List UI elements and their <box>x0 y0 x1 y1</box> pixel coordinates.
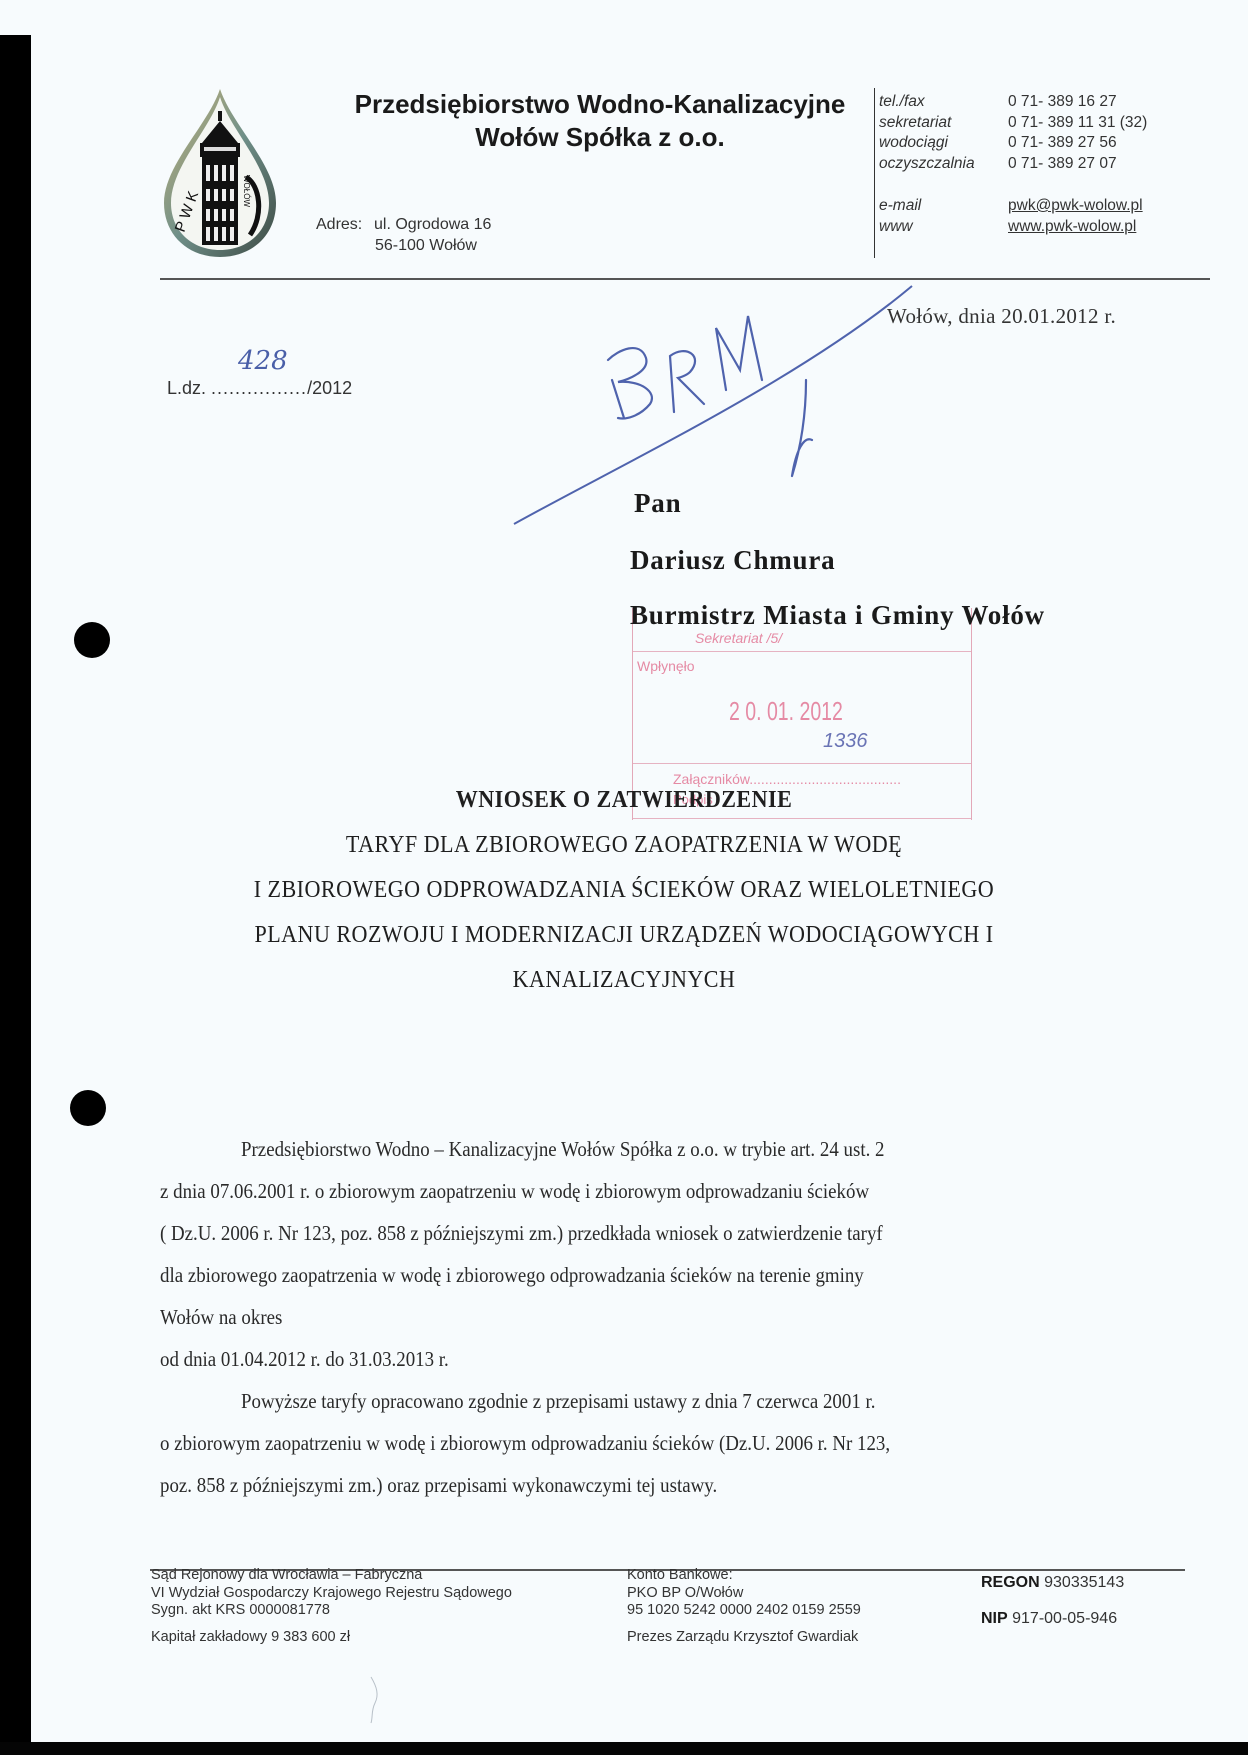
stamp-received-label: Wpłynęło <box>637 658 695 674</box>
court-division: VI Wydział Gospodarczy Krajowego Rejestr… <box>151 1585 512 1603</box>
footer-court: Sąd Rejonowy dla Wrocławia – Fabryczna V… <box>151 1567 512 1646</box>
addressee-name: Dariusz Chmura <box>630 545 835 576</box>
ldz-dots: ................ <box>211 378 307 398</box>
document-title-line3: I ZBIOROWEGO ODPROWADZANIA ŚCIEKÓW ORAZ … <box>50 877 1198 904</box>
contact-value-sekretariat: 0 71- 389 11 31 (32) <box>1008 113 1147 134</box>
document-title-line1: WNIOSEK O ZATWIERDZENIE <box>50 787 1198 814</box>
contact-value-telfax: 0 71- 389 16 27 <box>1008 92 1147 113</box>
address-label: Adres: <box>316 214 362 235</box>
share-capital: Kapitał zakładowy 9 383 600 zł <box>151 1629 512 1647</box>
address-city: 56-100 Wołów <box>375 235 477 256</box>
scan-edge-bottom <box>0 1742 1248 1755</box>
handwritten-annotation-icon <box>500 280 920 540</box>
pencil-mark-icon <box>365 1675 385 1725</box>
footer-bank: Konto Bankowe: PKO BP O/Wołów 95 1020 52… <box>627 1567 861 1646</box>
company-name-line1: Przedsiębiorstwo Wodno-Kanalizacyjne <box>320 88 880 120</box>
document-title-line5: KANALIZACYJNYCH <box>50 967 1198 994</box>
regon-label: REGON <box>981 1574 1040 1591</box>
contact-labels: tel./fax sekretariat wodociągi oczyszcza… <box>879 92 975 174</box>
stamp-handwritten-number: 1336 <box>823 730 868 753</box>
contact-label-oczyszczalnia: oczyszczalnia <box>879 154 975 175</box>
footer-nip: NIP 917-00-05-946 <box>981 1610 1117 1628</box>
email-link[interactable]: pwk@pwk-wolow.pl <box>1008 196 1143 217</box>
body-line: Powyższe taryfy opracowano zgodnie z prz… <box>160 1380 1042 1422</box>
krs-number: Sygn. akt KRS 0000081778 <box>151 1602 512 1620</box>
court-name: Sąd Rejonowy dla Wrocławia – Fabryczna <box>151 1567 512 1585</box>
body-line: poz. 858 z późniejszymi zm.) oraz przepi… <box>160 1464 1042 1506</box>
nip-label: NIP <box>981 1610 1008 1627</box>
contact-label-wodociagi: wodociągi <box>879 133 975 154</box>
body-paragraph-2: Powyższe taryfy opracowano zgodnie z prz… <box>160 1380 1140 1506</box>
email-label: e-mail <box>879 196 921 217</box>
ldz-label: L.dz. <box>167 378 206 398</box>
footer-regon: REGON 930335143 <box>981 1574 1124 1592</box>
bank-account: 95 1020 5242 0000 2402 0159 2559 <box>627 1602 861 1620</box>
address-street: ul. Ogrodowa 16 <box>374 214 491 235</box>
ldz-year: /2012 <box>307 378 352 398</box>
document-title-line2: TARYF DLA ZBIOROWEGO ZAOPATRZENIA W WODĘ <box>50 832 1198 859</box>
company-president: Prezes Zarządu Krzysztof Gwardiak <box>627 1629 861 1647</box>
body-line: ( Dz.U. 2006 r. Nr 123, poz. 858 z późni… <box>160 1212 1042 1254</box>
contact-values: 0 71- 389 16 27 0 71- 389 11 31 (32) 0 7… <box>1008 92 1147 174</box>
contact-label-sekretariat: sekretariat <box>879 113 975 134</box>
addressee-salutation: Pan <box>634 488 681 519</box>
header-vertical-divider <box>874 88 875 258</box>
body-line: od dnia 01.04.2012 r. do 31.03.2013 r. <box>160 1338 1042 1380</box>
body-line: Wołów na okres <box>160 1296 1042 1338</box>
contact-value-oczyszczalnia: 0 71- 389 27 07 <box>1008 154 1147 175</box>
stamp-header: Sekretariat /5/ <box>695 630 782 646</box>
ldz-handwritten-number: 428 <box>238 346 288 376</box>
document-title-line4: PLANU ROZWOJU I MODERNIZACJI URZĄDZEŃ WO… <box>50 922 1198 949</box>
addressee-title: Burmistrz Miasta i Gminy Wołów <box>630 600 1045 631</box>
body-line: dla zbiorowego zaopatrzenia w wodę i zbi… <box>160 1254 1042 1296</box>
scan-edge-left <box>0 35 31 1755</box>
body-paragraph-1: Przedsiębiorstwo Wodno – Kanalizacyjne W… <box>160 1128 1140 1380</box>
www-label: www <box>879 217 913 238</box>
water-tower-drop-logo-icon: P W K WOŁÓW <box>160 85 280 260</box>
document-date: Wołów, dnia 20.01.2012 r. <box>887 304 1116 329</box>
body-line: Przedsiębiorstwo Wodno – Kanalizacyjne W… <box>160 1128 1042 1170</box>
company-name-line2: Wołów Spółka z o.o. <box>320 121 880 153</box>
bank-name: PKO BP O/Wołów <box>627 1585 861 1603</box>
website-link[interactable]: www.pwk-wolow.pl <box>1008 217 1136 238</box>
body-line: z dnia 07.06.2001 r. o zbiorowym zaopatr… <box>160 1170 1042 1212</box>
contact-label-telfax: tel./fax <box>879 92 975 113</box>
contact-value-wodociagi: 0 71- 389 27 56 <box>1008 133 1147 154</box>
body-line: o zbiorowym zaopatrzeniu w wodę i zbioro… <box>160 1422 1042 1464</box>
bank-label: Konto Bankowe: <box>627 1567 861 1585</box>
punch-hole-top <box>74 622 110 658</box>
nip-value: 917-00-05-946 <box>1012 1610 1117 1627</box>
stamp-received-date: 2 0. 01. 2012 <box>729 696 843 727</box>
stamp-attachments-label: Załączników.............................… <box>673 771 901 787</box>
punch-hole-bottom <box>70 1090 106 1126</box>
ldz-field: L.dz. ................/2012 <box>167 378 352 399</box>
regon-value: 930335143 <box>1044 1574 1124 1591</box>
svg-text:WOŁÓW: WOŁÓW <box>242 175 251 207</box>
